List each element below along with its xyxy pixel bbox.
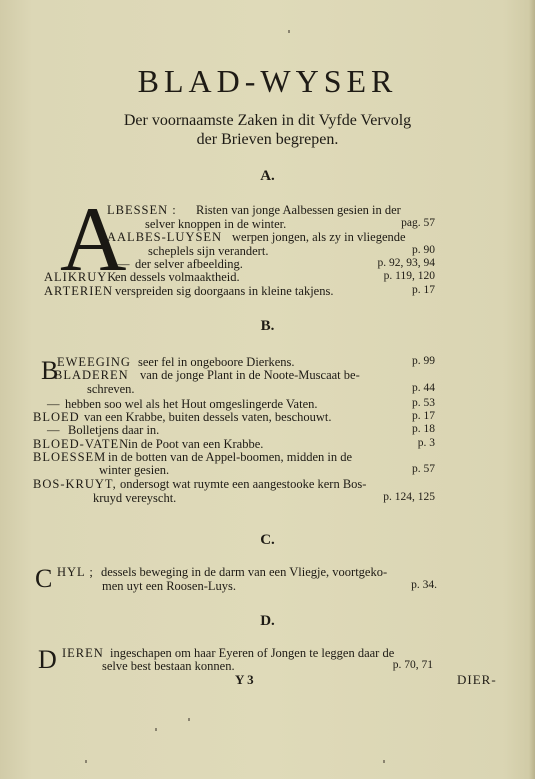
paper-speck [188, 718, 190, 721]
entry-page: p. 18 [412, 423, 435, 435]
entry-head: LBESSEN : [107, 203, 177, 218]
entry-continuation: schreven. [87, 382, 135, 397]
entry-page: p. 119, 120 [384, 270, 435, 282]
entry-page: p. 57 [412, 463, 435, 475]
entry-text: Bolletjens daar in. [68, 423, 159, 438]
entry-head: BLADEREN [54, 368, 129, 383]
entry-text: dessels beweging in de darm van een Vlie… [101, 565, 387, 580]
entry-head: ALIKRUYK [44, 270, 117, 285]
paper-speck [288, 30, 290, 33]
entry-continuation: men uyt een Roosen-Luys. [102, 579, 236, 594]
entry-text: verspreiden sig doorgaans in kleine takj… [115, 284, 333, 299]
section-heading-a: A. [0, 168, 535, 185]
section-heading-d: D. [0, 613, 535, 630]
dropcap-c: C [35, 568, 52, 590]
entry-page: p. 17 [412, 410, 435, 422]
entry-head: AALBES-LUYSEN [107, 230, 222, 245]
entry-head: HYL ; [57, 565, 94, 580]
entry-page: p. 92, 93, 94 [378, 257, 436, 269]
section-heading-b: B. [0, 318, 535, 335]
entry-page: p. 44 [412, 382, 435, 394]
paper-speck [155, 728, 157, 731]
entry-head: ARTERIEN [44, 284, 113, 299]
entry-head: BOS-KRUYT, [33, 477, 117, 492]
paper-speck [85, 760, 87, 763]
subtitle-line-1: Der voornaamste Zaken in dit Vyfde Vervo… [0, 112, 535, 130]
dropcap-d: D [38, 649, 57, 671]
paper-speck [383, 760, 385, 763]
subtitle-line-2: der Brieven begrepen. [0, 131, 535, 149]
section-heading-c: C. [0, 532, 535, 549]
catchword: DIER- [457, 672, 497, 688]
entry-page: p. 90 [412, 244, 435, 256]
entry-page: pag. 57 [401, 217, 435, 229]
entry-head: BLOESSEM [33, 450, 106, 465]
entry-page: p. 99 [412, 355, 435, 367]
entry-continuation: winter gesien. [99, 463, 169, 478]
entry-page: p. 3 [418, 437, 435, 449]
entry-head: IEREN [62, 646, 104, 661]
entry-text: van de jonge Plant in de Noote-Muscaat b… [140, 368, 360, 383]
signature-mark: Y 3 [235, 672, 254, 688]
entry-text: werpen jongen, als zy in vliegende [232, 230, 406, 245]
page-title: BLAD-WYSER [0, 63, 535, 100]
entry-page: p. 17 [412, 284, 435, 296]
entry-page: p. 70, 71 [393, 659, 433, 671]
book-page: BLAD-WYSER Der voornaamste Zaken in dit … [0, 0, 535, 779]
entry-continuation: kruyd vereyscht. [93, 491, 176, 506]
entry-page: p. 34. [411, 579, 437, 591]
entry-page: p. 53 [412, 397, 435, 409]
entry-continuation: selve best bestaan konnen. [102, 659, 235, 674]
entry-page: p. 124, 125 [383, 491, 435, 503]
entry-dash: — [47, 423, 60, 438]
entry-text: Risten van jonge Aalbessen gesien in der [196, 203, 401, 218]
entry-text: ondersogt wat ruymte een aangestooke ker… [120, 477, 366, 492]
entry-text: en dessels volmaaktheid. [115, 270, 240, 285]
